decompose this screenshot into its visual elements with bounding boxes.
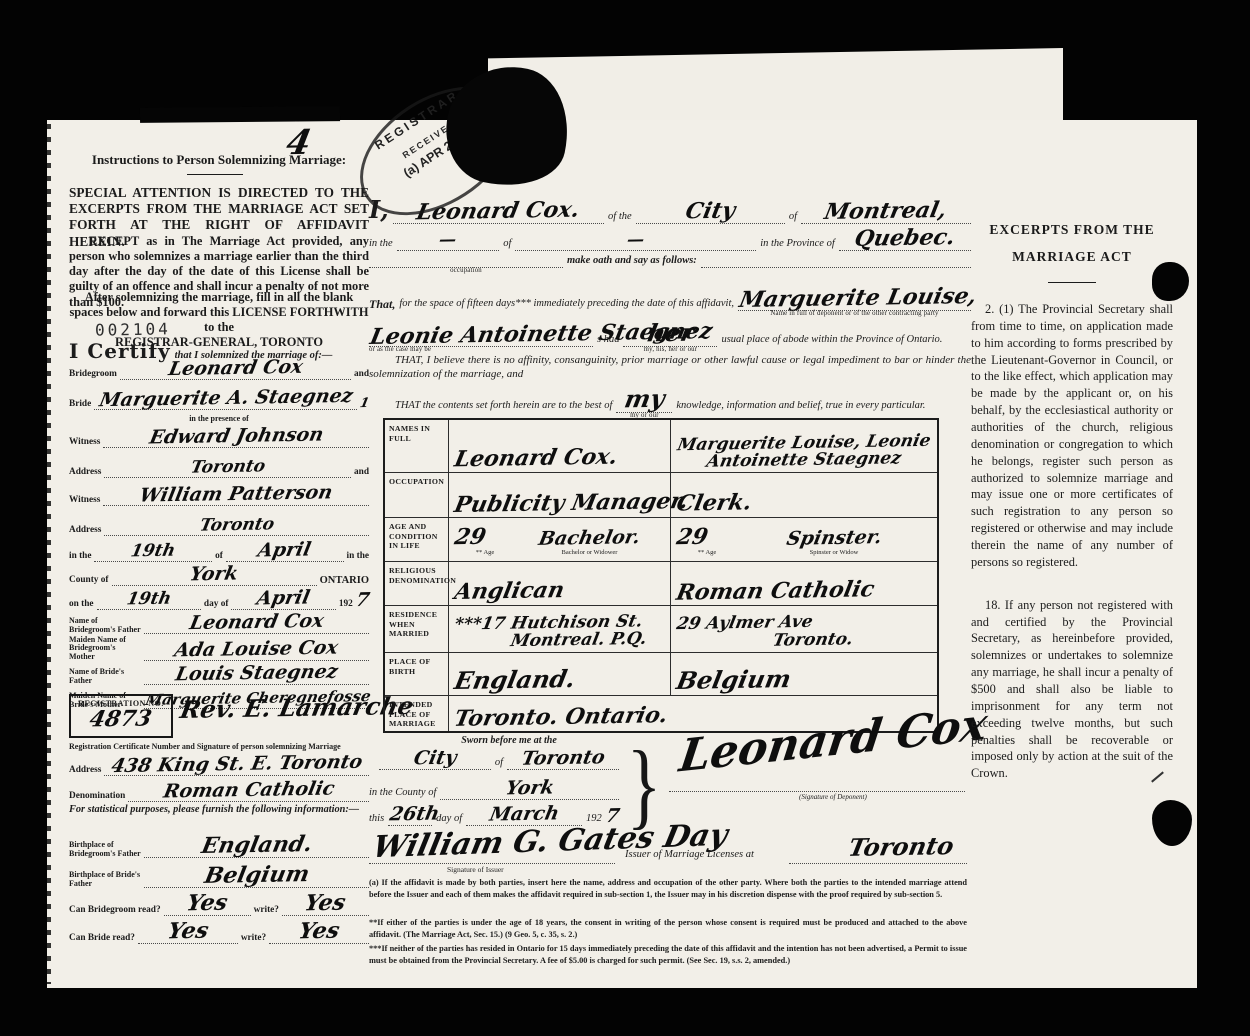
her-value: her [645,321,695,346]
bridegroom-suffix: and [354,370,369,380]
birthplace-b-father-label: Birthplace of Bride's Father [69,871,141,888]
sworn-county-value: York [504,779,556,799]
bride-father-name: Louis Staegnez [174,663,340,685]
document-scan: 4 Instructions to Person Solemnizing Mar… [0,0,1250,1036]
groom-name-cell: Leonard Cox. [453,446,620,471]
witness1-name: Edward Johnson [148,425,325,447]
sworn-county-label: in the County of [369,787,436,800]
deponent-city-word: City [684,200,737,223]
statistical-note: For statistical purposes, please furnish… [69,804,369,817]
field-marriage-date: on the 19th day of April 192 7 [69,586,369,610]
date-day-value: 19th [125,591,172,609]
intended-place-cell: Toronto. Ontario. [452,704,669,730]
affidavit-that-2: THAT, I believe there is no affinity, co… [369,353,971,382]
that3a-text: THAT the contents set forth herein are t… [369,400,612,413]
issuer-signature-line [369,863,615,864]
issuer-signature-caption: Signature of Issuer [447,865,504,874]
bride-age-caption: ** Age [677,549,737,556]
sworn-dayof-label: day of [436,813,462,826]
excerpts-section-18: 18. If any person not registered with an… [971,597,1173,782]
groom-religion-cell: Anglican [453,579,566,603]
deponent-caption: Name in full of deponent or of the other… [738,310,971,317]
excerpts-title-line2: MARRIAGE ACT [1012,249,1132,264]
affidavit-line-3: occupation make oath and say as follows: [369,255,971,268]
denomination-value: Roman Catholic [161,780,335,802]
witness2-name: William Patterson [138,483,334,505]
abode-text: usual place of abode within the Province… [721,334,942,347]
excerpts-title-line1: EXCERPTS FROM THE [989,222,1154,237]
marriage-month-value: April [257,541,313,561]
table-row-age: AGE AND CONDITION IN LIFE 29 ** Age Bach… [385,517,937,561]
bride-write-label: write? [241,934,266,944]
onthe-mid: day of [204,600,229,610]
my-value: my [622,387,666,412]
birthplace-bg-father-value: England. [199,833,313,857]
field-witness-2: Witness William Patterson [69,482,369,506]
residence-row-label: RESIDENCE when MARRIED [385,606,449,652]
sworn-county-line: in the County of York [369,779,619,800]
excerpts-column: EXCERPTS FROM THE MARRIAGE ACT 2. (1) Th… [971,216,1173,782]
bride-occupation-cell: Clerk. [675,491,754,514]
sworn-month-value: March [488,804,561,824]
that1-text: for the space of fifteen days*** immedia… [399,298,734,311]
marriage-license-document: 4 Instructions to Person Solemnizing Mar… [47,120,1197,988]
occupation-caption: occupation [369,267,563,274]
field-address-1: Address Toronto and [69,454,369,478]
bridegroom-write-value: Yes [303,892,348,915]
table-row-birthplace: PLACE OF BIRTH England. Belgium [385,652,937,695]
table-row-residence: RESIDENCE when MARRIED ***17 Hutchison S… [385,605,937,652]
that3b-text: knowledge, information and belief, true … [676,400,925,413]
affidavit-that-3: THAT the contents set forth herein are t… [369,387,971,413]
excerpts-title: EXCERPTS FROM THE MARRIAGE ACT [971,216,1173,270]
of-the-label: of the [608,211,632,224]
inthe-label: in the [69,552,91,562]
issuer-place-value: Toronto [846,834,955,860]
groom-age-caption: ** Age [455,549,515,556]
blank-dash-1: — [438,232,458,249]
signature-caption: (Signature of Deponent) [799,793,867,801]
age-row-label: AGE AND CONDITION IN LIFE [385,518,449,561]
deponent-city-value: Montreal, [823,199,949,223]
groom-condition-caption: Bachelor or Widower [515,549,664,556]
birthplace-b-father-value: Belgium [202,863,311,887]
excerpts-section-2: 2. (1) The Provincial Secretary shall fr… [971,301,1173,571]
groom-age-value: 29 [453,526,488,549]
bridegroom-name: Leonard Cox [167,358,304,379]
registration-caption: Registration Certificate Number and Sign… [69,742,377,751]
sworn-before-label: Sworn before me at the [409,735,609,746]
issuer-place-line [789,863,967,864]
field-bridegroom-literacy: Can Bridegroom read? Yes write? Yes [69,892,369,916]
registration-number: 4873 [88,707,154,730]
bride-write-value: Yes [297,920,342,943]
sworn-this-label: this [369,813,384,826]
other-party-name-1: Marguerite Louise, [737,285,978,311]
affidavit-that-line-1: That, for the space of fifteen days*** i… [369,287,971,311]
field-county: County of York ONTARIO [69,562,369,586]
bride-condition-caption: Spinster or Widow [737,549,931,556]
inthe-mid: of [215,552,223,562]
onthe-label: on the [69,600,94,610]
field-solemnizer-address: Address 438 King St. E. Toronto [69,752,369,776]
bride-birthplace-cell: Belgium [674,667,793,693]
registration-number-box: REGISTRATION NO. 4873 [69,694,173,738]
bride-religion-cell: Roman Catholic [675,578,877,603]
ontario-label: ONTARIO [320,575,369,586]
footnote-residency: ***If neither of the parties has resided… [369,943,967,967]
serial-number-stamp: 002104 [95,319,171,339]
county-label: County of [69,576,109,586]
issuer-label: Issuer of Marriage Licenses at [625,849,754,860]
in-the-label: in the [369,238,393,251]
witness2-label: Witness [69,496,100,506]
solemnizer-address-label: Address [69,766,101,776]
solemnizer-address-value: 438 King St. E. Toronto [110,753,364,776]
address1-suffix: and [354,468,369,478]
parties-table: NAMES in full Leonard Cox. Marguerite Lo… [383,418,939,733]
field-marriage-day: in the 19th of April in the [69,538,369,562]
province-value: Quebec. [853,226,957,250]
bridegroom-mother-label: Maiden Name of Bridegroom's Mother [69,636,141,661]
field-bridegroom: Bridegroom Leonard Cox and [69,356,369,380]
province-label: in the Province of [760,238,835,251]
field-bride-father: Name of Bride's Father Louis Staegnez [69,661,369,685]
footnote-under18: **If either of the parties is under the … [369,917,967,941]
witness1-label: Witness [69,438,100,448]
table-row-occupation: OCCUPATION Publicity Manager. Clerk. [385,472,937,517]
field-bride: Bride Marguerite A. Staegnez 1 [69,386,369,410]
sworn-city-line: City of Toronto [379,749,619,770]
bride-condition-value: Spinster. [785,528,884,549]
bride-name-cell-2: Antoinette Staegnez [705,450,903,470]
groom-birthplace-cell: England. [452,667,577,693]
occupation-row-label: OCCUPATION [385,473,449,517]
names-row-label: NAMES in full [385,420,449,472]
that-word: That, [369,297,395,311]
sworn-city-value: Toronto [520,748,607,768]
field-witness-1: Witness Edward Johnson [69,424,369,448]
bride-read-value: Yes [166,920,211,943]
birthplace-bg-father-label: Birthplace of Bridegroom's Father [69,841,141,858]
affidavit-column: I, Leonard Cox. of the City of Montreal,… [369,195,971,995]
excerpts-rule [1048,282,1096,283]
title-rule [187,174,243,175]
bridegroom-mother-name: Ada Louise Cox [173,639,340,661]
religion-row-label: RELIGIOUS DENOMINATION [385,562,449,605]
footnote-a: (a) If the affidavit is made by both par… [369,877,967,901]
bridegroom-father-label: Name of Bridegroom's Father [69,617,141,634]
groom-occupation-cell: Publicity Manager. [452,490,690,516]
of-label-2: of [503,238,511,251]
marriage-day-value: 19th [130,543,177,561]
bridegroom-read-value: Yes [185,892,230,915]
paper-corner [488,48,1063,122]
address1-value: Toronto [189,458,266,476]
inthe-suffix: in the [347,552,369,562]
bride-name: Marguerite A. Staegnez [97,387,354,410]
county-value: York [188,565,240,585]
bridegroom-read-label: Can Bridegroom read? [69,906,161,916]
address2-label: Address [69,526,101,536]
date-month-value: April [255,589,311,609]
field-bridegroom-mother: Maiden Name of Bridegroom's Mother Ada L… [69,636,369,661]
sworn-day-value: 26th [388,805,441,825]
affidavit-line-2: in the — of — in the Province of Quebec. [369,227,971,251]
bridegroom-label: Bridegroom [69,370,117,380]
case-caption: or as the case may be [369,346,593,353]
address1-label: Address [69,468,101,478]
bride-label: Bride [69,400,91,410]
instructions-column: 4 Instructions to Person Solemnizing Mar… [69,128,369,963]
table-row-names: NAMES in full Leonard Cox. Marguerite Lo… [385,420,937,472]
issuer-row: William G. Gates Day Signature of Issuer… [369,843,971,879]
address2-value: Toronto [198,516,275,534]
sworn-block: Sworn before me at the City of Toronto i… [369,735,971,831]
denomination-label: Denomination [69,792,125,802]
birthplace-row-label: PLACE OF BIRTH [385,653,449,695]
bride-father-label: Name of Bride's Father [69,668,141,685]
bride-residence-line2: Toronto. [771,631,854,649]
year-printed: 192 [339,600,353,610]
field-address-2: Address Toronto [69,512,369,536]
groom-residence-line2: Montreal. P.Q. [509,631,648,650]
of-label: of [789,211,797,224]
bridegroom-write-label: write? [254,906,279,916]
intended-place-row-label: INTENDED PLACE of MARRIAGE [385,696,449,731]
bridegroom-father-name: Leonard Cox [188,612,325,633]
table-row-religion: RELIGIOUS DENOMINATION Anglican Roman Ca… [385,561,937,605]
field-birthplace-bridegroom-father: Birthplace of Bridegroom's Father Englan… [69,834,369,858]
blank-dash-2: — [626,232,646,249]
presence-caption: in the presence of [69,414,369,423]
sworn-city-word: City [412,749,458,769]
field-birthplace-bride-father: Birthplace of Bride's Father Belgium [69,864,369,888]
instructions-title: Instructions to Person Solemnizing Marri… [69,152,369,168]
field-denomination: Denomination Roman Catholic [69,778,369,802]
field-bridegroom-father: Name of Bridegroom's Father Leonard Cox [69,610,369,634]
oath-label: make oath and say as follows: [567,255,697,268]
her-caption: my, his, her or our [623,346,717,353]
sworn-of-label: of [495,757,503,770]
ink-smear [140,106,340,123]
affidavit-abode-line: Leonie Antoinette Staegnez or as the cas… [369,321,971,347]
groom-condition-value: Bachelor. [537,528,642,549]
bride-age-value: 29 [675,526,710,549]
bride-read-label: Can Bride read? [69,934,135,944]
signature-line [669,791,965,792]
field-bride-literacy: Can Bride read? Yes write? Yes [69,920,369,944]
